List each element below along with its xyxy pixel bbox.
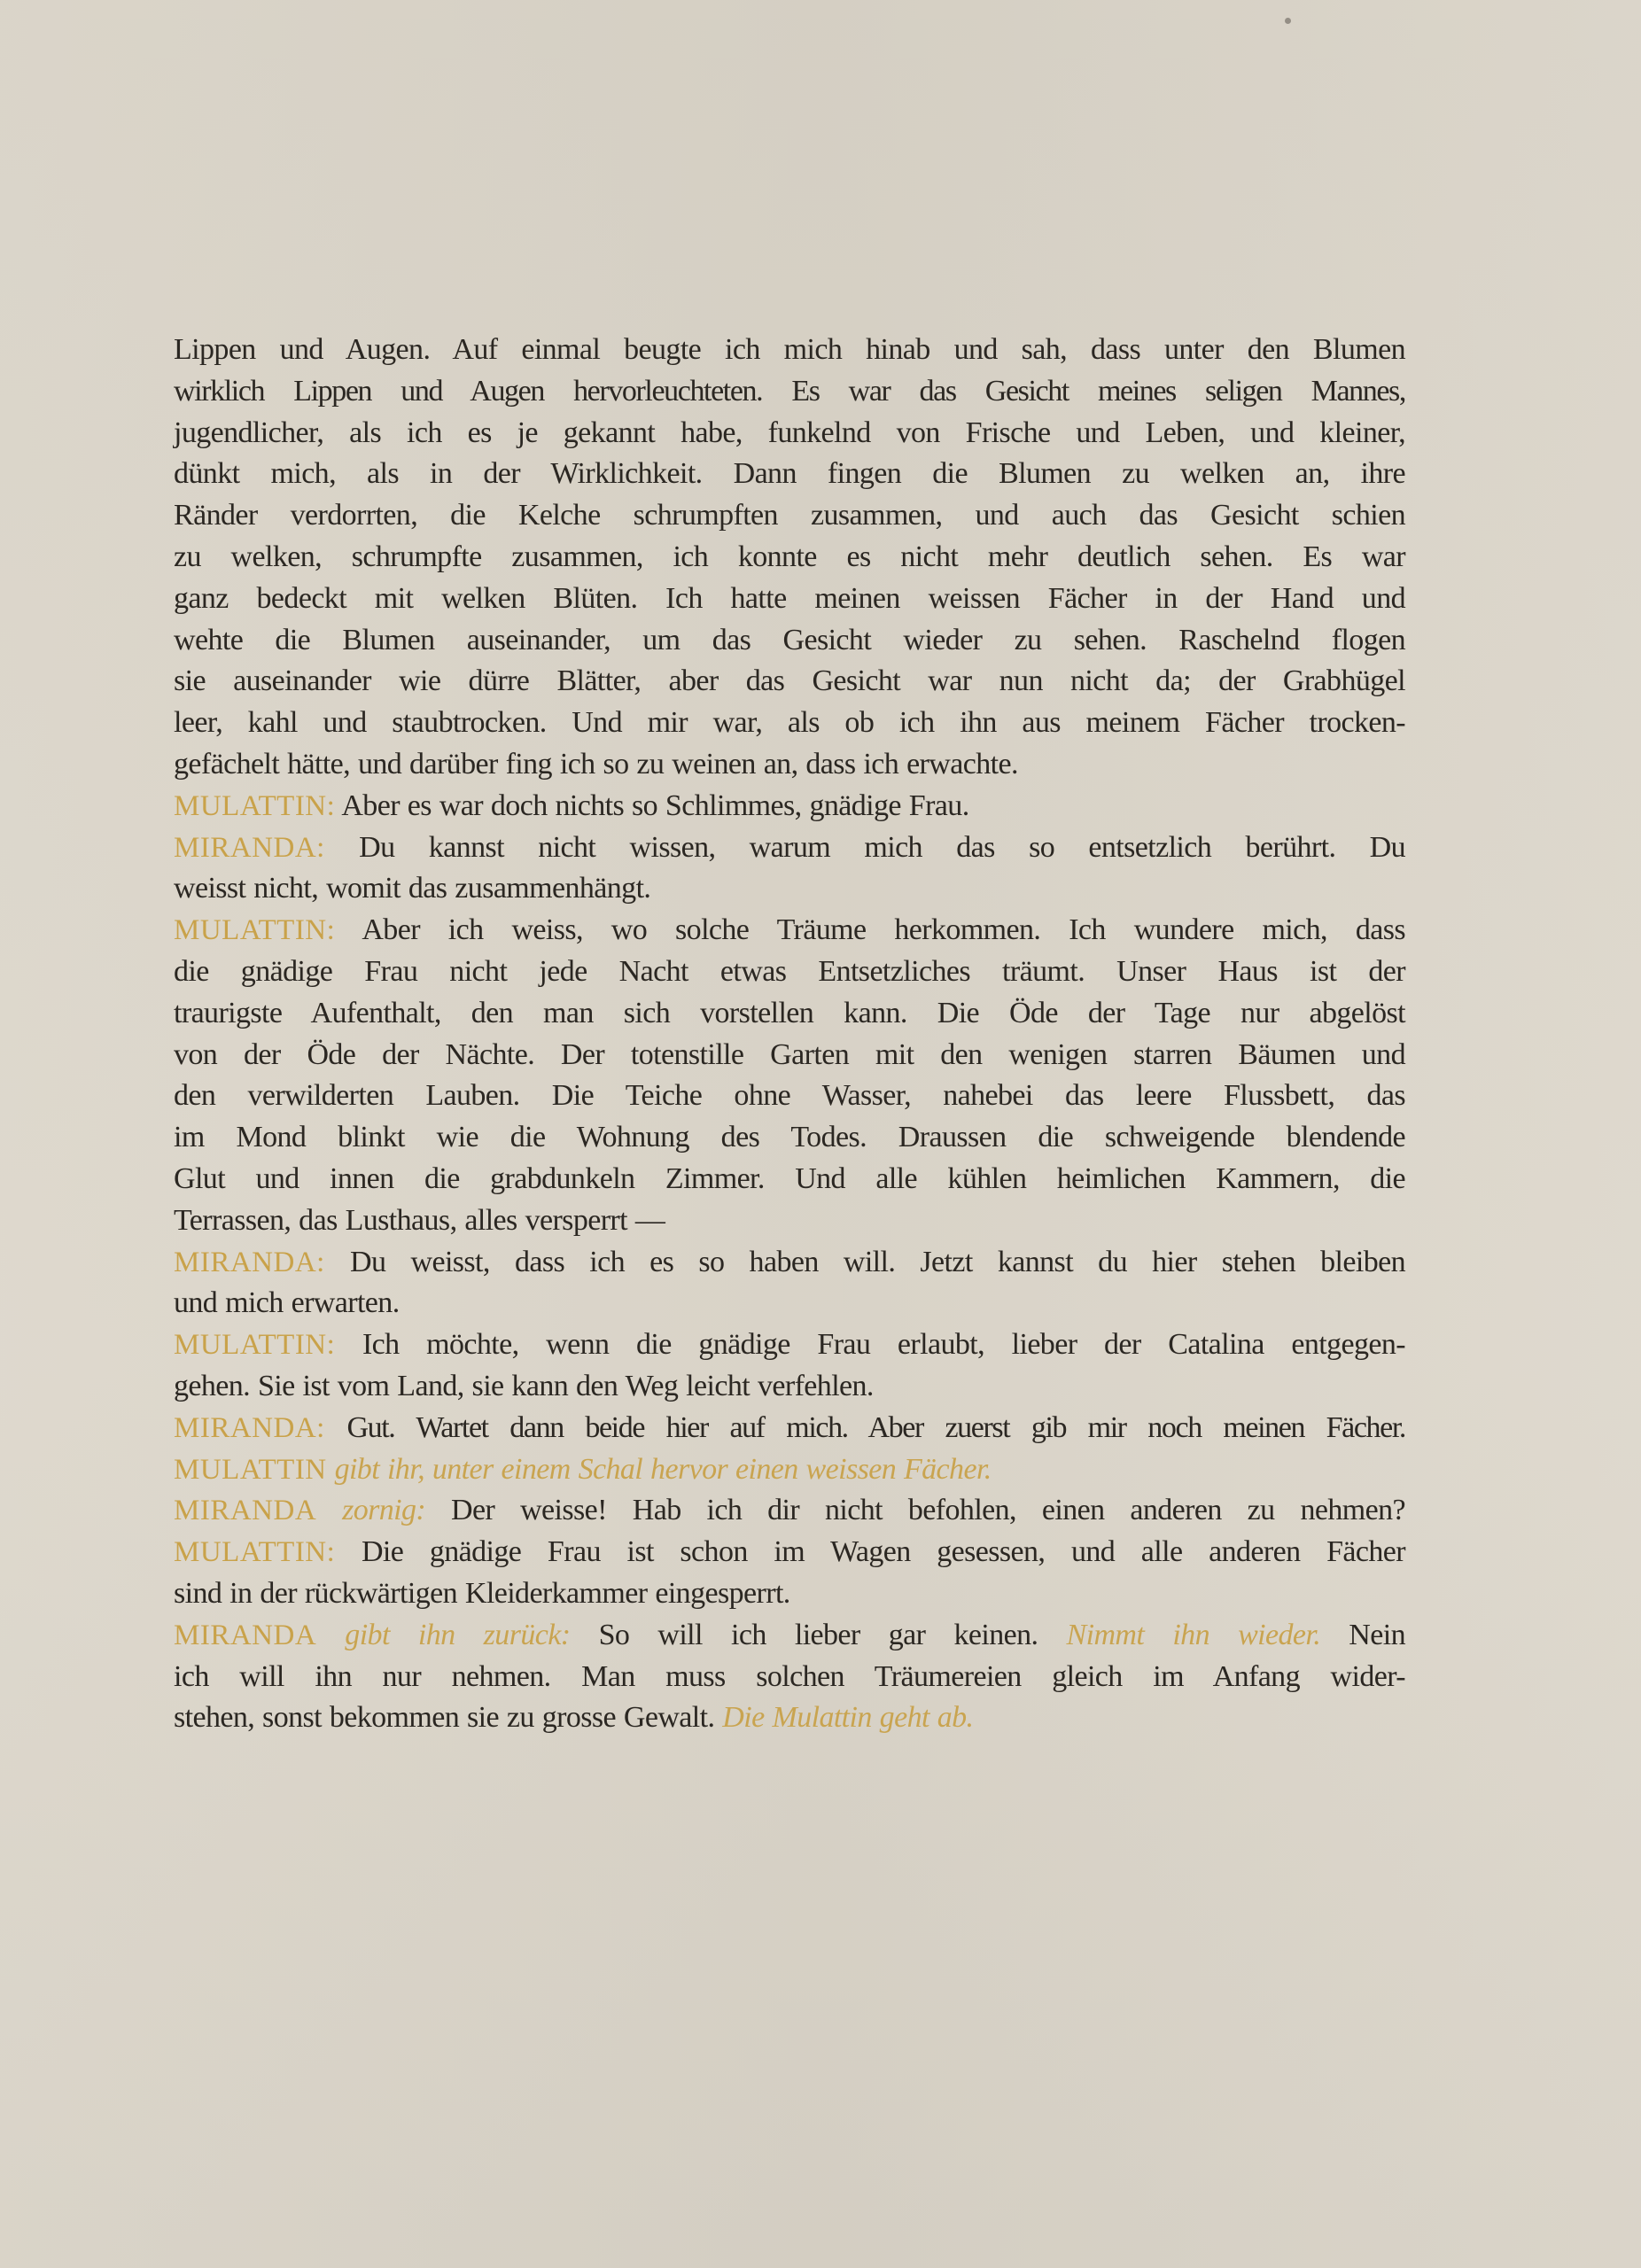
stage-direction: Die Mulattin geht ab. (722, 1701, 973, 1734)
play-text-block: Lippen und Augen. Auf einmal beugte ich … (174, 330, 1405, 1739)
text-line: stehen, sonst bekommen sie zu grosse Gew… (174, 1697, 1405, 1739)
text-line: im Mond blinkt wie die Wohnung des Todes… (174, 1117, 1405, 1159)
dialogue-line: MULATTIN: Aber ich weiss, wo solche Träu… (174, 910, 1405, 951)
stage-direction: zornig: (342, 1494, 425, 1526)
paper-speck (1285, 18, 1291, 24)
speaker-name: MULATTIN: (174, 790, 335, 822)
text-line: ich will ihn nur nehmen. Man muss solche… (174, 1657, 1405, 1698)
speaker-name: MULATTIN: (174, 1329, 335, 1361)
dialogue-text: Ich möchte, wenn die gnädige Frau erlaub… (362, 1328, 1405, 1361)
dialogue-line: MIRANDA: Du kannst nicht wissen, warum m… (174, 827, 1405, 869)
dialogue-line: MIRANDA gibt ihn zurück: So will ich lie… (174, 1615, 1405, 1657)
dialogue-line: MIRANDA: Du weisst, dass ich es so haben… (174, 1242, 1405, 1284)
speaker-name: MIRANDA: (174, 832, 325, 864)
text-line: von der Öde der Nächte. Der totenstille … (174, 1035, 1405, 1076)
speaker-name: MIRANDA: (174, 1412, 325, 1444)
text-line: Ränder verdorrten, die Kelche schrumpfte… (174, 495, 1405, 537)
text-line: gefächelt hätte, und darüber fing ich so… (174, 744, 1405, 786)
dialogue-text: Gut. Wartet dann beide hier auf mich. Ab… (346, 1411, 1405, 1444)
dialogue-text: Die gnädige Frau ist schon im Wagen gese… (362, 1535, 1405, 1568)
text-line: und mich erwarten. (174, 1283, 1405, 1324)
text-line: gehen. Sie ist vom Land, sie kann den We… (174, 1366, 1405, 1408)
text-line: sind in der rückwärtigen Kleiderkammer e… (174, 1573, 1405, 1615)
speaker-name: MULATTIN: (174, 1536, 335, 1568)
speaker-name: MULATTIN (174, 1454, 327, 1486)
dialogue-line: MULATTIN: Ich möchte, wenn die gnädige F… (174, 1324, 1405, 1366)
speaker-name: MIRANDA (174, 1495, 316, 1526)
text-line: wehte die Blumen auseinander, um das Ges… (174, 620, 1405, 662)
text-line: zu welken, schrumpfte zusammen, ich konn… (174, 537, 1405, 579)
stage-direction: Nimmt ihn wieder. (1067, 1619, 1321, 1651)
text-line: Terrassen, das Lusthaus, alles versperrt… (174, 1200, 1405, 1242)
text-line: die gnädige Frau nicht jede Nacht etwas … (174, 951, 1405, 993)
text-line: weisst nicht, womit das zusammenhängt. (174, 868, 1405, 910)
dialogue-text: Nein (1349, 1619, 1405, 1651)
text-line: den verwilderten Lauben. Die Teiche ohne… (174, 1076, 1405, 1117)
text-line: traurigste Aufenthalt, den man sich vors… (174, 993, 1405, 1035)
dialogue-text: Du weisst, dass ich es so haben will. Je… (350, 1246, 1405, 1278)
text-line: Lippen und Augen. Auf einmal beugte ich … (174, 330, 1405, 371)
text-line: leer, kahl und staubtrocken. Und mir war… (174, 703, 1405, 744)
dialogue-text: Du kannst nicht wissen, warum mich das s… (359, 831, 1405, 864)
stage-direction: gibt ihn zurück: (345, 1619, 570, 1651)
book-page: Lippen und Augen. Auf einmal beugte ich … (0, 0, 1641, 2268)
text-line: jugendlicher, als ich es je gekannt habe… (174, 413, 1405, 454)
dialogue-line: MULATTIN: Die gnädige Frau ist schon im … (174, 1532, 1405, 1573)
text-line: wirklich Lippen und Augen hervorleuchtet… (174, 371, 1405, 413)
dialogue-text: Aber es war doch nichts so Schlimmes, gn… (341, 789, 968, 822)
dialogue-text: Aber ich weiss, wo solche Träume herkomm… (362, 913, 1405, 946)
dialogue-line: MIRANDA zornig: Der weisse! Hab ich dir … (174, 1490, 1405, 1532)
text-line: dünkt mich, als in der Wirklichkeit. Dan… (174, 454, 1405, 495)
speaker-name: MULATTIN: (174, 914, 335, 946)
dialogue-line: MIRANDA: Gut. Wartet dann beide hier auf… (174, 1408, 1405, 1449)
dialogue-text: So will ich lieber gar keinen. (599, 1619, 1038, 1651)
text-line: Glut und innen die grabdunkeln Zimmer. U… (174, 1159, 1405, 1200)
dialogue-line: MULATTIN: Aber es war doch nichts so Sch… (174, 786, 1405, 827)
text-line: ganz bedeckt mit welken Blüten. Ich hatt… (174, 579, 1405, 620)
dialogue-text: Der weisse! Hab ich dir nicht befohlen, … (451, 1494, 1405, 1526)
stage-direction: gibt ihr, unter einem Schal hervor einen… (335, 1453, 992, 1486)
speaker-name: MIRANDA: (174, 1247, 325, 1278)
text-line: sie auseinander wie dürre Blätter, aber … (174, 661, 1405, 703)
stage-direction-line: MULATTIN gibt ihr, unter einem Schal her… (174, 1449, 1405, 1491)
speaker-name: MIRANDA (174, 1619, 316, 1651)
dialogue-text: stehen, sonst bekommen sie zu grosse Gew… (174, 1701, 714, 1734)
